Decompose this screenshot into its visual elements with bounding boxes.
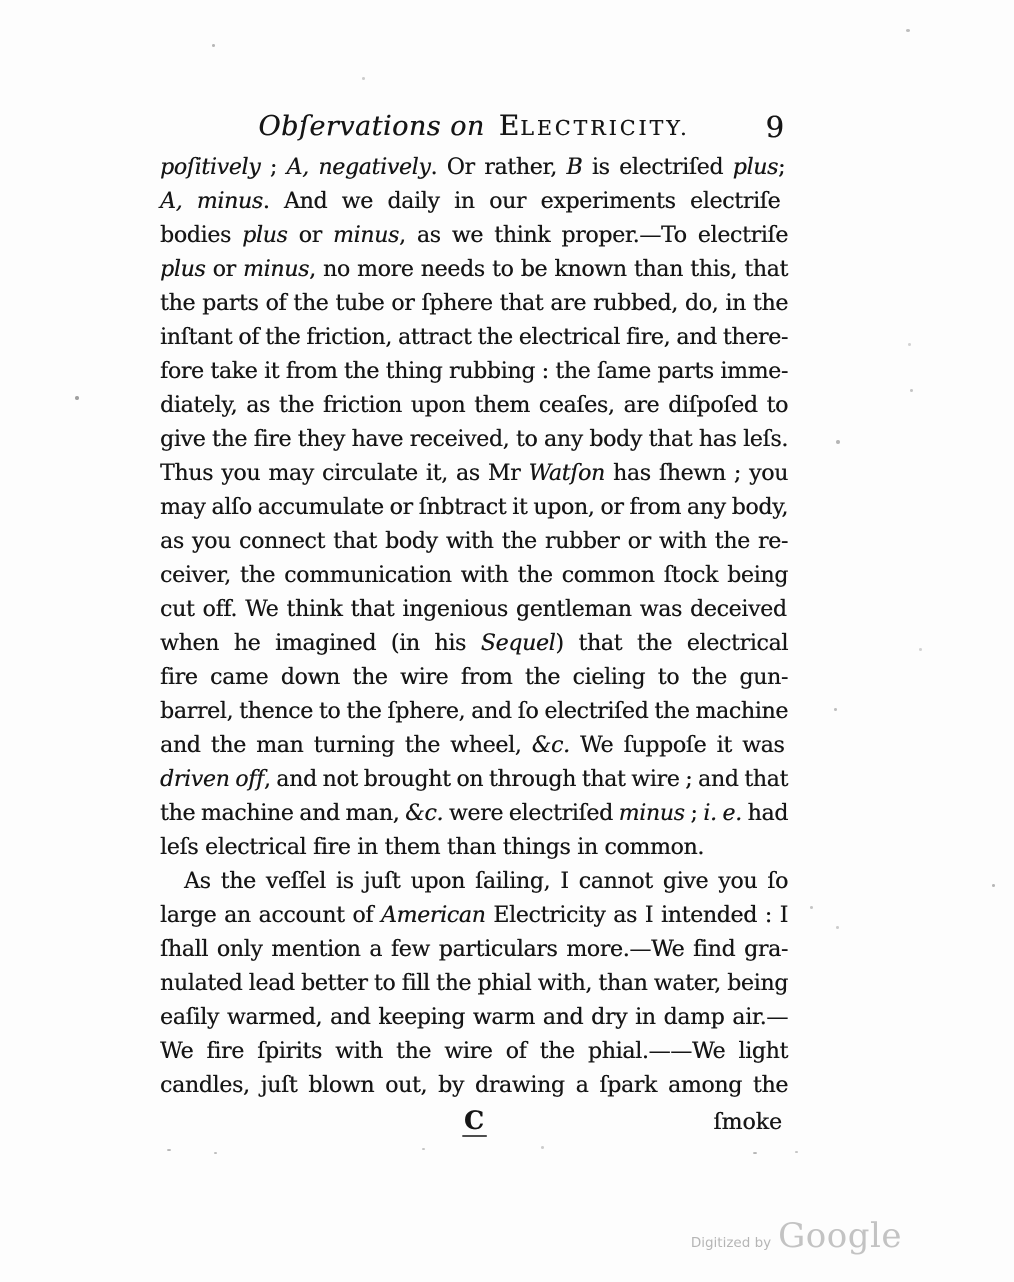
text-line: the parts of the tube or ſphere that are… (160, 287, 788, 321)
text-line: large an account of American Electricity… (160, 899, 788, 933)
text-line: may alſo accumulate or ſnbtract it upon,… (160, 491, 788, 525)
book-page-scan: Obſervations onElectricity. 9 poſitively… (0, 0, 1014, 1282)
scan-speck (919, 648, 922, 651)
text-line: diately, as the friction upon them ceaſe… (160, 389, 788, 423)
running-title: Obſervations onElectricity. (160, 104, 788, 150)
text-line: give the fire they have received, to any… (160, 423, 788, 457)
scan-speck (753, 1152, 757, 1154)
scan-speck (906, 29, 910, 32)
body-text: poſitively ; A, negatively. Or rather, B… (160, 151, 788, 1103)
text-line: as you connect that body with the rubber… (160, 525, 788, 559)
text-line: As the veſſel is juſt upon ſailing, I ca… (160, 865, 788, 899)
text-line: leſs electrical fire in them than things… (160, 831, 788, 865)
page-number: 9 (766, 110, 784, 144)
text-line: Thus you may circulate it, as Mr Watſon … (160, 457, 788, 491)
text-line: eaſily warmed, and keeping warm and dry … (160, 1001, 788, 1035)
text-line: poſitively ; A, negatively. Or rather, B… (160, 151, 788, 185)
scan-speck (908, 343, 911, 346)
google-logo: Google (778, 1216, 902, 1256)
text-line: A, minus. And we daily in our experiment… (160, 185, 788, 219)
scan-speck (167, 1149, 171, 1151)
scan-speck (910, 389, 913, 392)
text-line: nulated lead better to fill the phial wi… (160, 967, 788, 1001)
text-line: cut off. We think that ingenious gentlem… (160, 593, 788, 627)
scan-speck (362, 77, 365, 80)
scan-speck (836, 440, 840, 444)
text-line: when he imagined (in his Sequel) that th… (160, 627, 788, 661)
text-line: fire came down the wire from the cieling… (160, 661, 788, 695)
text-line: the machine and man, &c. were electriſed… (160, 797, 788, 831)
signature-row: C ſmoke (160, 1104, 788, 1140)
scan-speck (992, 884, 995, 887)
page-header: Obſervations onElectricity. 9 (160, 104, 788, 152)
running-title-caps: Electricity. (499, 104, 690, 150)
digitized-by-label: Digitized by (691, 1235, 771, 1251)
scan-speck (836, 926, 839, 929)
text-line: candles, juſt blown out, by drawing a ſp… (160, 1069, 788, 1103)
text-line: inſtant of the friction, attract the ele… (160, 321, 788, 355)
scan-speck (541, 1146, 544, 1149)
text-line: driven off, and not brought on through t… (160, 763, 788, 797)
scan-speck (212, 44, 215, 47)
scan-speck (810, 906, 813, 909)
text-line: fore take it from the thing rubbing : th… (160, 355, 788, 389)
text-line: We fire ſpirits with the wire of the phi… (160, 1035, 788, 1069)
running-title-italic: Obſervations on (258, 111, 484, 142)
scan-speck (422, 1148, 425, 1150)
scan-speck (214, 1152, 217, 1154)
text-line: barrel, thence to the ſphere, and ſo ele… (160, 695, 788, 729)
google-watermark: Digitized by Google (691, 1216, 902, 1256)
text-line: ceiver, the communication with the commo… (160, 559, 788, 593)
scan-speck (75, 396, 79, 400)
catchword: ſmoke (713, 1106, 782, 1140)
text-line: ſhall only mention a few particulars mor… (160, 933, 788, 967)
scan-speck (795, 1151, 798, 1153)
text-line: bodies plus or minus, as we think proper… (160, 219, 788, 253)
text-line: plus or minus, no more needs to be known… (160, 253, 788, 287)
text-line: and the man turning the wheel, &c. We ſu… (160, 729, 788, 763)
scan-speck (834, 708, 837, 711)
signature-mark: C (464, 1104, 484, 1138)
